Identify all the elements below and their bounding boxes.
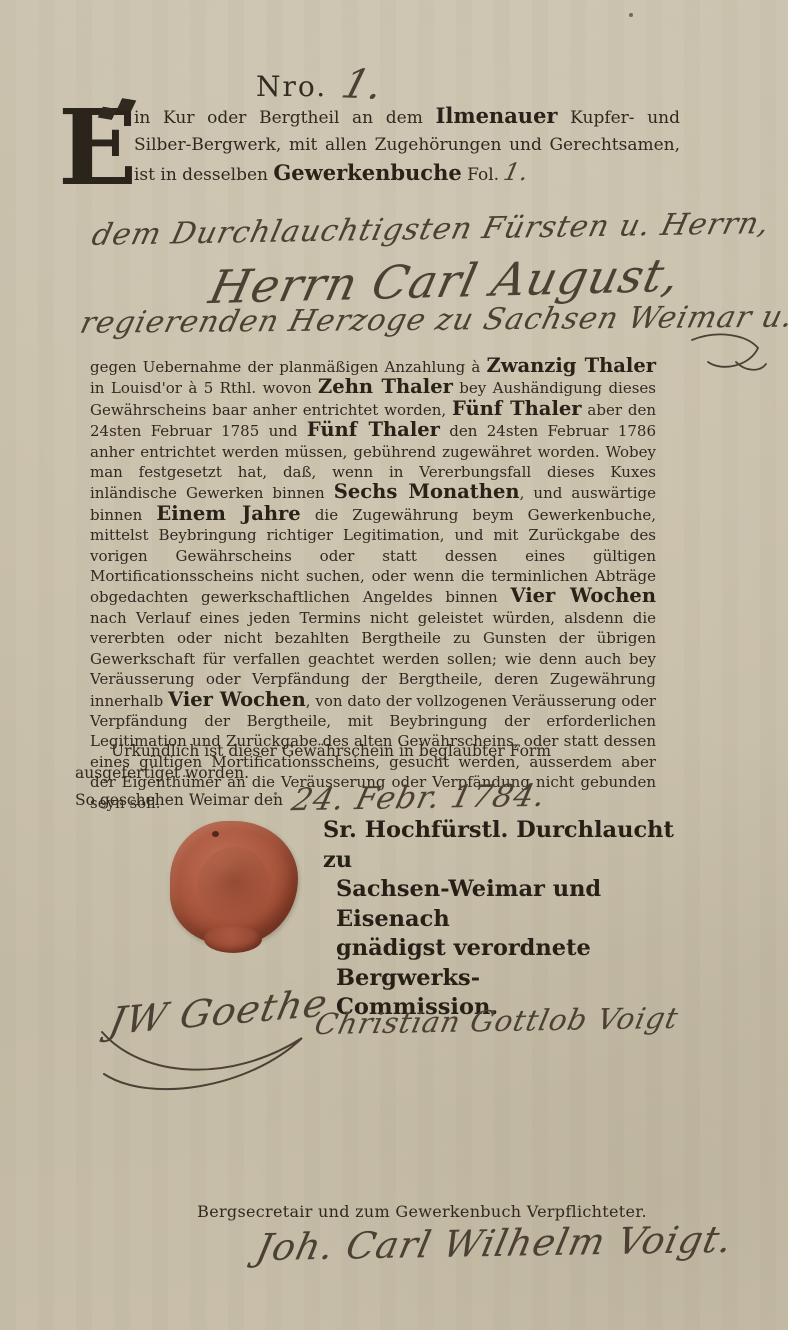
body-text: in Louisd'or à 5 Rthl. wovon [90,379,318,397]
intro-text: in Kur oder Bergtheil an dem [134,108,436,128]
body-emphasis-vier-wochen-2: Vier Wochen [168,688,306,711]
body-emphasis-vier-wochen-1: Vier Wochen [510,584,656,607]
goethe-paraph-flourish-icon [90,1026,325,1096]
attestation-block: Urkundlich ist dieser Gewährschein in be… [75,740,659,811]
body-text: gegen Uebernahme der planmäßigen Anzahlu… [90,358,486,376]
body-emphasis-sechs-monathen: Sechs Monathen [334,480,520,503]
body-emphasis-einem-jahre: Einem Jahre [156,502,300,525]
commission-line-3: gnädigst verordnete Bergwerks- [336,934,693,993]
seal-wax-bump [204,925,262,953]
commission-line-2: Sachsen-Weimar und Eisenach [336,875,693,934]
drop-cap-initial: E [58,102,122,200]
dedication-line-1: dem Durchlauchtigsten Fürsten u. Herrn, [89,206,774,253]
commission-line-1: Sr. Hochfürstl. Durchlaucht zu [323,816,693,875]
red-wax-seal-icon [170,821,298,945]
paper-speck [274,792,277,795]
document-number-label: Nro. [256,70,327,103]
body-emphasis-zwanzig-thaler: Zwanzig Thaler [486,354,656,377]
attestation-line-1: Urkundlich ist dieser Gewährschein in be… [75,740,659,784]
commission-block: Sr. Hochfürstl. Durchlaucht zu Sachsen-W… [323,816,693,1023]
certificate-page: Nro.1. E in Kur oder Bergtheil an dem Il… [0,0,788,1330]
dedication-line-3: regierenden Herzoge zu Sachsen Weimar u.… [77,298,788,341]
seal-impression [198,847,270,923]
attestation-date-handwritten: 24. Febr. 1784. [290,785,548,811]
paper-speck [629,13,633,17]
intro-paragraph: E in Kur oder Bergtheil an dem Ilmenauer… [58,102,680,200]
body-emphasis-fuenf-thaler-2: Fünf Thaler [307,418,440,441]
body-emphasis-fuenf-thaler-1: Fünf Thaler [452,397,582,420]
intro-folio-label: Fol. [462,165,505,185]
signature-joh-carl-wilhelm-voigt: Joh. Carl Wilhelm Voigt. [252,1218,736,1269]
signature-flourish-icon [688,328,770,374]
intro-emphasis-gewerkenbuche: Gewerkenbuche [273,160,461,185]
signature-christian-gottlob-voigt: Christian Gottlob Voigt [312,1001,682,1041]
attestation-line-2: So geschehen Weimar den24. Febr. 1784. [75,784,659,811]
attestation-place-label: So geschehen Weimar den [75,791,283,809]
body-emphasis-zehn-thaler: Zehn Thaler [318,375,453,398]
intro-emphasis-ilmenauer: Ilmenauer [436,103,558,128]
intro-folio-handwritten: 1. [502,159,533,186]
document-number-row: Nro.1. [256,60,383,106]
seal-pit-mark [212,831,219,837]
